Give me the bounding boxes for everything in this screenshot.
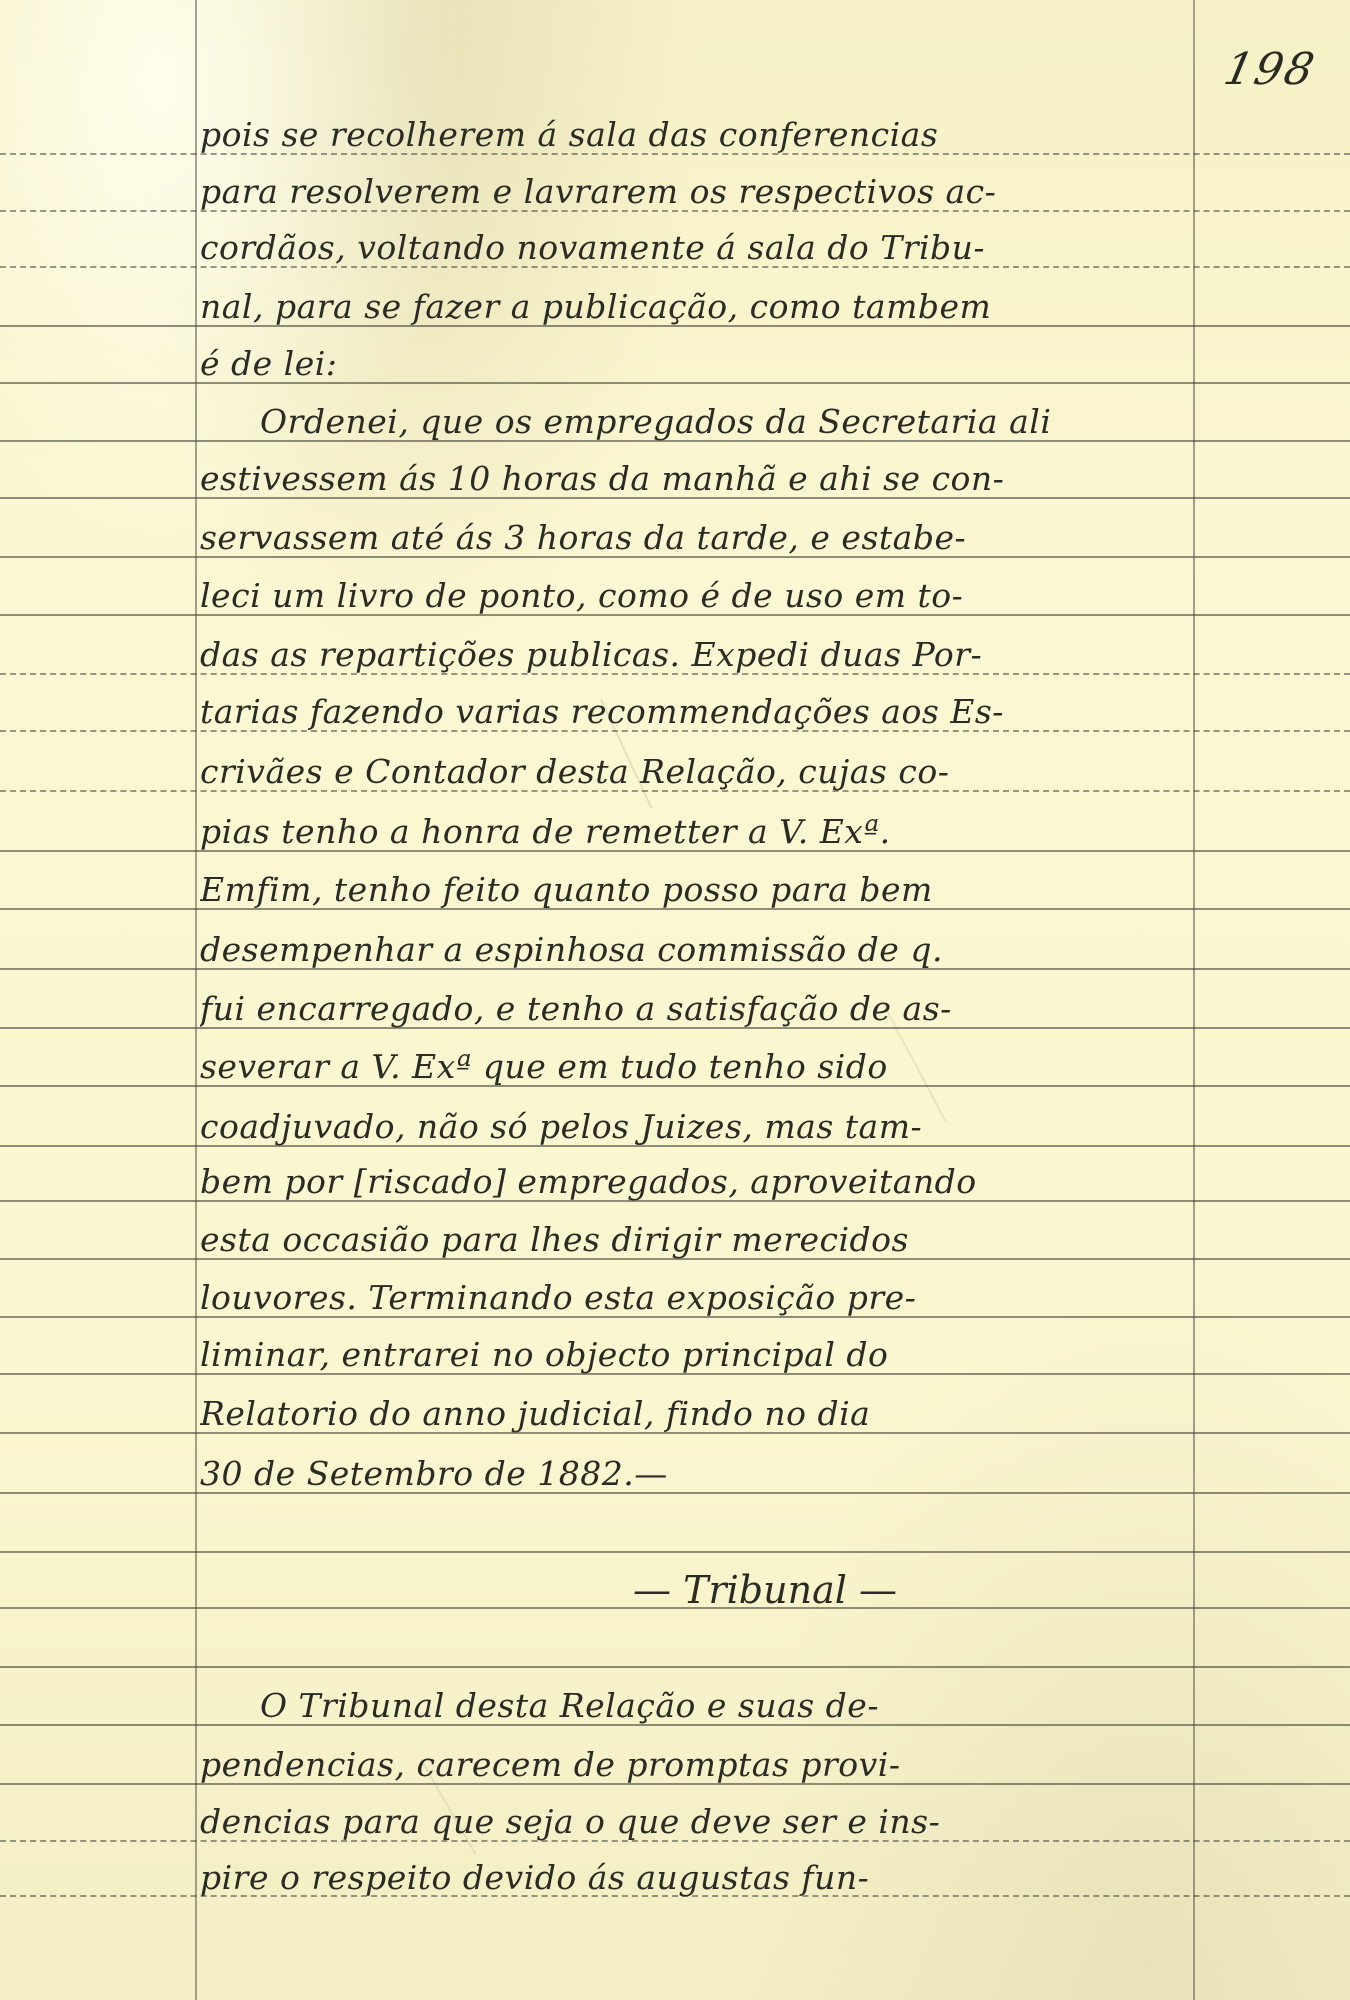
text-line: fui encarregado, e tenho a satisfação de… — [200, 989, 1200, 1029]
text-line: severar a V. Exª que em tudo tenho sido — [200, 1047, 1200, 1087]
text-line: Emfim, tenho feito quanto posso para bem — [200, 870, 1200, 910]
left-margin-line — [195, 0, 197, 2000]
rule-line — [0, 1666, 1350, 1668]
text-line: pias tenho a honra de remetter a V. Exª. — [200, 812, 1200, 852]
text-line: servassem até ás 3 horas da tarde, e est… — [200, 518, 1200, 558]
text-line: coadjuvado, não só pelos Juizes, mas tam… — [200, 1107, 1200, 1147]
text-line: pire o respeito devido ás augustas fun- — [200, 1858, 1200, 1898]
text-line: estivessem ás 10 horas da manhã e ahi se… — [200, 459, 1200, 499]
text-line: é de lei: — [200, 344, 1200, 384]
text-line: crivães e Contador desta Relação, cujas … — [200, 752, 1200, 792]
text-line: das as repartições publicas. Expedi duas… — [200, 635, 1200, 675]
text-line: louvores. Terminando esta exposição pre- — [200, 1278, 1200, 1318]
text-line: nal, para se fazer a publicação, como ta… — [200, 287, 1200, 327]
paragraph-start-line: Ordenei, que os empregados da Secretaria… — [260, 402, 1200, 442]
page-number: 198 — [1220, 44, 1321, 95]
text-line: esta occasião para lhes dirigir merecido… — [200, 1220, 1200, 1260]
rule-line — [0, 1551, 1350, 1553]
text-line: tarias fazendo varias recommendações aos… — [200, 692, 1200, 732]
text-line: para resolverem e lavrarem os respectivo… — [200, 172, 1200, 212]
text-line: leci um livro de ponto, como é de uso em… — [200, 576, 1200, 616]
text-line: dencias para que seja o que deve ser e i… — [200, 1802, 1200, 1842]
text-line: pendencias, carecem de promptas provi- — [200, 1745, 1200, 1785]
text-line: liminar, entrarei no objecto principal d… — [200, 1335, 1200, 1375]
text-line: Relatorio do anno judicial, findo no dia — [200, 1394, 1200, 1434]
section-heading: — Tribunal — — [555, 1568, 975, 1612]
text-line: pois se recolherem á sala das conferenci… — [200, 115, 1200, 155]
text-line: cordãos, voltando novamente á sala do Tr… — [200, 228, 1200, 268]
date-line: 30 de Setembro de 1882.— — [200, 1454, 1200, 1494]
manuscript-page: 198 pois se recolherem á sala das confer… — [0, 0, 1350, 2000]
text-line: bem por [riscado] empregados, aproveitan… — [200, 1162, 1200, 1202]
paragraph-start-line: O Tribunal desta Relação e suas de- — [260, 1686, 1200, 1726]
text-line: desempenhar a espinhosa commissão de q. — [200, 930, 1200, 970]
